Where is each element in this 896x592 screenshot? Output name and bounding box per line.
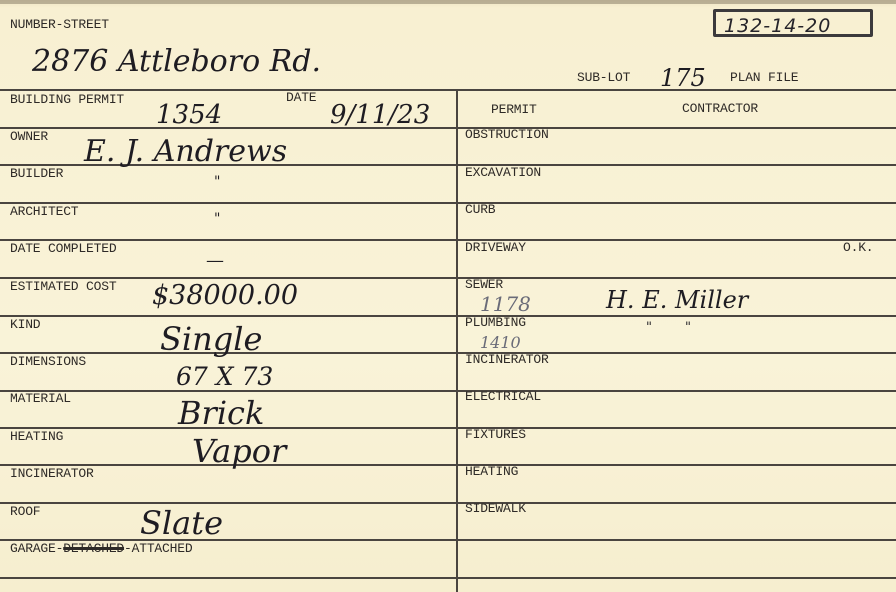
row-incinerator-label: INCINERATOR: [465, 352, 549, 367]
estimated-cost-label: ESTIMATED COST: [10, 279, 116, 294]
rule-line: [0, 502, 896, 504]
card-top-edge: [0, 0, 896, 4]
rule-line: [0, 127, 896, 129]
row-plumbing-contractor: " ": [646, 320, 691, 335]
garage-detached-struck: DETACHED: [63, 541, 124, 556]
incinerator-label: INCINERATOR: [10, 466, 94, 481]
rule-line: [0, 277, 896, 279]
roof-label: ROOF: [10, 504, 40, 519]
roof-value: Slate: [140, 504, 223, 542]
rule-line: [0, 464, 896, 466]
garage-prefix: GARAGE-: [10, 541, 63, 556]
sub-lot-value: 175: [660, 64, 706, 92]
owner-value: E. J. Andrews: [84, 134, 287, 169]
building-permit-value: 1354: [156, 100, 222, 130]
material-label: MATERIAL: [10, 391, 71, 406]
row-sidewalk-label: SIDEWALK: [465, 501, 526, 516]
column-divider: [456, 89, 458, 592]
architect-label: ARCHITECT: [10, 204, 78, 219]
plan-file-label: PLAN FILE: [730, 70, 798, 85]
builder-value: ": [214, 174, 220, 190]
rule-line: [0, 89, 896, 91]
dimensions-value: 67 X 73: [176, 362, 273, 391]
row-curb-label: CURB: [465, 202, 495, 217]
builder-label: BUILDER: [10, 166, 63, 181]
row-driveway-label: DRIVEWAY: [465, 240, 526, 255]
contractor-header: CONTRACTOR: [682, 101, 758, 116]
heating-value: Vapor: [192, 432, 286, 470]
number-street-label: NUMBER-STREET: [10, 17, 109, 32]
rule-line: [0, 315, 896, 317]
row-plumbing-permit-no: 1410: [480, 333, 521, 352]
row-electrical-label: ELECTRICAL: [465, 389, 541, 404]
row-heating-label: HEATING: [465, 464, 518, 479]
architect-value: ": [214, 211, 220, 227]
number-street-value: 2876 Attleboro Rd.: [32, 44, 321, 79]
rule-line: [0, 202, 896, 204]
row-driveway-note: O.K.: [843, 240, 873, 255]
row-sewer-permit-no: 1178: [480, 292, 531, 316]
row-fixtures-label: FIXTURES: [465, 427, 526, 442]
building-permit-label: BUILDING PERMIT: [10, 92, 124, 107]
rule-line: [0, 352, 896, 354]
row-sewer-label: SEWER: [465, 277, 503, 292]
rule-line: [0, 427, 896, 429]
rule-line: [0, 390, 896, 392]
permit-card: NUMBER-STREET 2876 Attleboro Rd. 132-14-…: [0, 0, 896, 592]
material-value: Brick: [178, 394, 264, 432]
row-excavation-label: EXCAVATION: [465, 165, 541, 180]
kind-label: KIND: [10, 317, 40, 332]
garage-label: GARAGE-DETACHED-ATTACHED: [10, 541, 192, 556]
dimensions-label: DIMENSIONS: [10, 354, 86, 369]
heating-label: HEATING: [10, 429, 63, 444]
row-plumbing-label: PLUMBING: [465, 315, 526, 330]
row-obstruction-label: OBSTRUCTION: [465, 127, 549, 142]
row-sewer-contractor: H. E. Miller: [606, 286, 748, 314]
date-label: DATE: [286, 90, 316, 105]
rule-line: [0, 577, 896, 579]
date-completed-label: DATE COMPLETED: [10, 241, 116, 256]
garage-suffix: -ATTACHED: [124, 541, 192, 556]
owner-label: OWNER: [10, 129, 48, 144]
sub-lot-label: SUB-LOT: [577, 70, 630, 85]
date-completed-value: —: [206, 250, 224, 271]
permit-header: PERMIT: [491, 102, 537, 117]
rule-line: [0, 239, 896, 241]
estimated-cost-value: $38000.00: [152, 280, 298, 311]
date-value: 9/11/23: [330, 100, 430, 130]
file-number-stamp: 132-14-20: [713, 9, 873, 37]
kind-value: Single: [160, 320, 262, 358]
